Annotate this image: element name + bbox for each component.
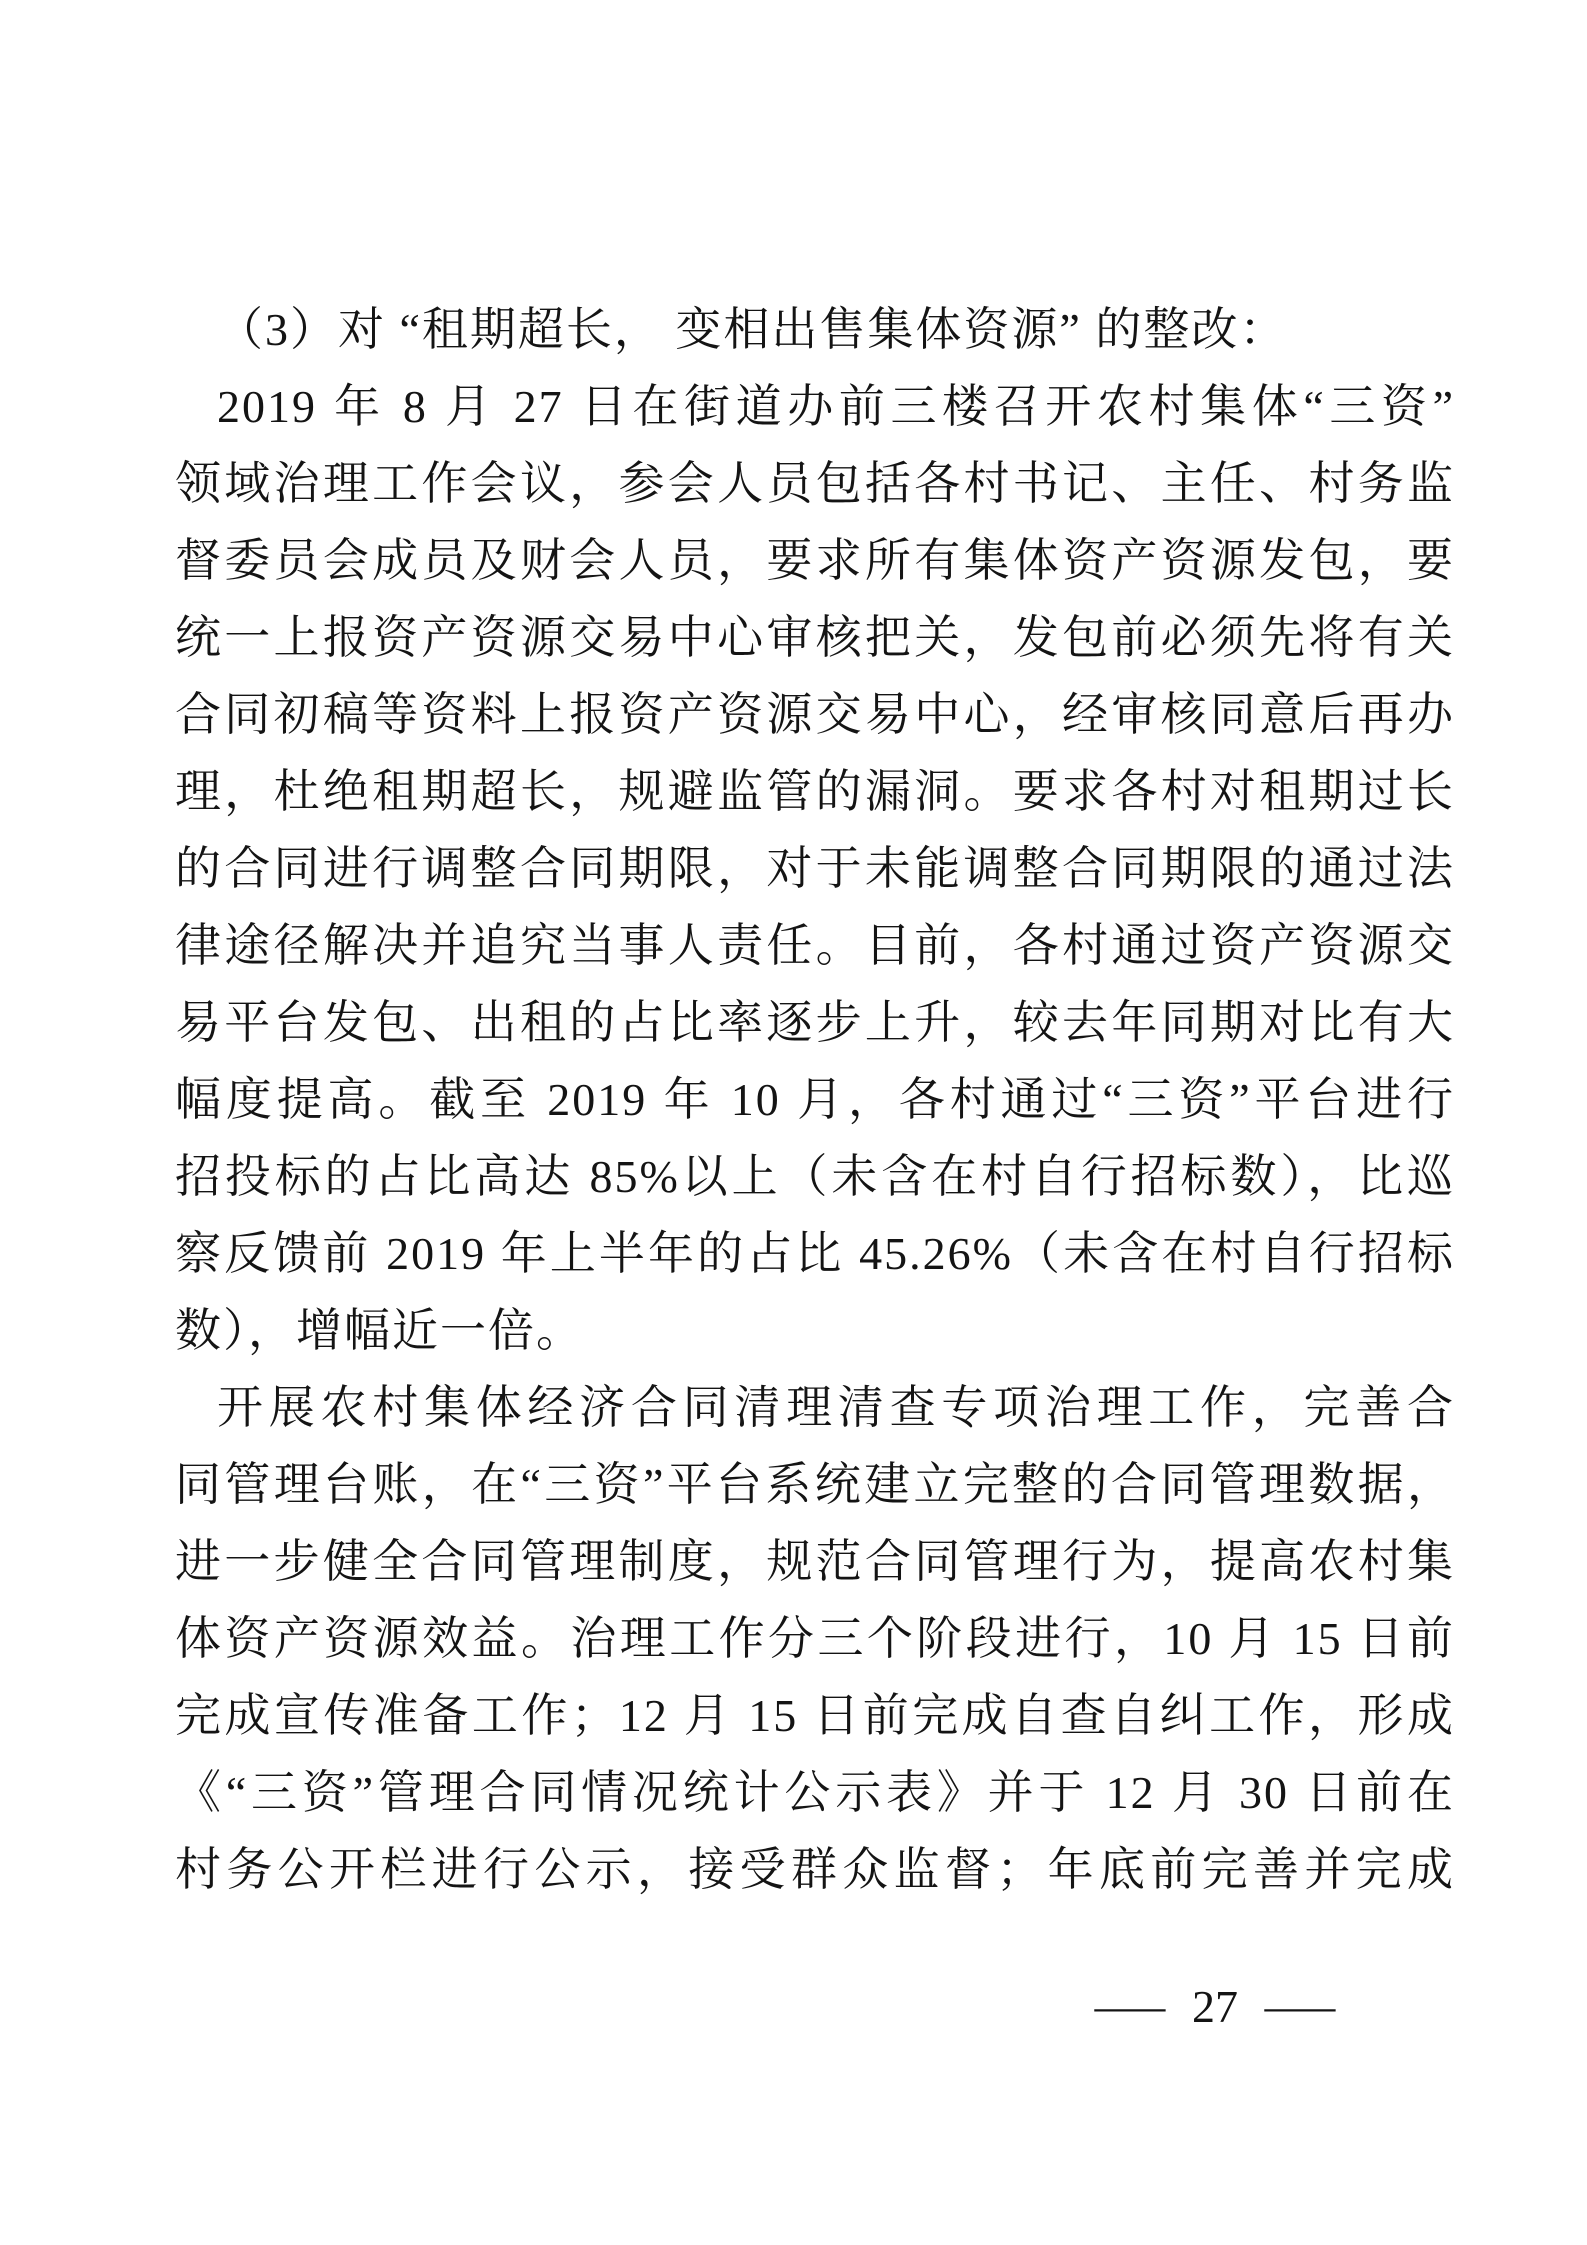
text-line: 体资产资源效益。治理工作分三个阶段进行，10 月 15 日前 [175,1600,1455,1677]
footer-dash-left: — [1095,1981,1165,2032]
document-body: （3）对 “租期超长， 变相出售集体资源” 的整改： 2019 年 8 月 27… [175,291,1455,1908]
text-line: 进一步健全合同管理制度，规范合同管理行为，提高农村集 [175,1523,1455,1600]
text-line: 招投标的占比高达 85%以上（未含在村自行招标数），比巡 [175,1138,1455,1215]
text-line: 完成宣传准备工作；12 月 15 日前完成自查自纠工作，形成 [175,1677,1455,1754]
text-line: 开展农村集体经济合同清理清查专项治理工作，完善合 [175,1369,1455,1446]
footer-dash-right: — [1265,1981,1335,2032]
text-line: 《“三资”管理合同情况统计公示表》并于 12 月 30 日前在 [175,1754,1455,1831]
document-page: （3）对 “租期超长， 变相出售集体资源” 的整改： 2019 年 8 月 27… [0,0,1587,2245]
text-line: 同管理台账，在“三资”平台系统建立完整的合同管理数据， [175,1446,1455,1523]
text-line: （3）对 “租期超长， 变相出售集体资源” 的整改： [175,291,1455,368]
text-line: 领域治理工作会议，参会人员包括各村书记、主任、村务监 [175,445,1455,522]
text-line: 合同初稿等资料上报资产资源交易中心，经审核同意后再办 [175,676,1455,753]
text-line: 幅度提高。截至 2019 年 10 月，各村通过“三资”平台进行 [175,1061,1455,1138]
text-line: 易平台发包、出租的占比率逐步上升，较去年同期对比有大 [175,984,1455,1061]
page-number: 27 [1192,1980,1238,2033]
text-line: 察反馈前 2019 年上半年的占比 45.26%（未含在村自行招标 [175,1215,1455,1292]
text-line: 律途径解决并追究当事人责任。目前，各村通过资产资源交 [175,907,1455,984]
text-line: 村务公开栏进行公示，接受群众监督；年底前完善并完成《江 [175,1831,1455,1908]
text-line: 的合同进行调整合同期限，对于未能调整合同期限的通过法 [175,830,1455,907]
page-footer: — 27 — [1108,1980,1322,2033]
text-line: 2019 年 8 月 27 日在街道办前三楼召开农村集体“三资” [175,368,1455,445]
text-line: 督委员会成员及财会人员，要求所有集体资产资源发包，要 [175,522,1455,599]
text-line: 数），增幅近一倍。 [175,1292,1455,1369]
text-line: 理，杜绝租期超长，规避监管的漏洞。要求各村对租期过长 [175,753,1455,830]
text-line: 统一上报资产资源交易中心审核把关，发包前必须先将有关 [175,599,1455,676]
